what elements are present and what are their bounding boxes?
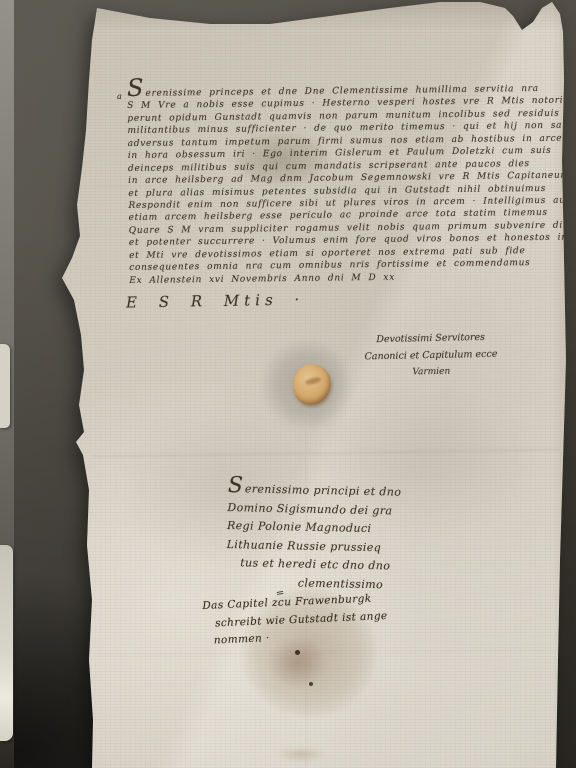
letter-sheet: a Serenissime princeps et dne Dne Clemen… — [0, 0, 576, 768]
paper-surface: a Serenissime princeps et dne Dne Clemen… — [0, 0, 576, 768]
signature-line: Canonici et Capitulum ecce — [360, 346, 502, 366]
manuscript-photo: a Serenissime princeps et dne Dne Clemen… — [0, 0, 576, 768]
fold-crease-middle — [92, 449, 560, 459]
ink-speck — [309, 682, 313, 686]
fold-crease-lower — [96, 650, 556, 656]
signature-block: Devotissimi Servitores Canonici et Capit… — [359, 329, 502, 383]
address-line: tus et heredi etc dno dno — [226, 554, 400, 576]
valediction-initials: E S R Mtis · — [126, 290, 305, 311]
letter-body: Serenissime princeps et dne Dne Clementi… — [127, 83, 567, 287]
ink-speck — [295, 650, 300, 655]
signature-line: Varmien — [360, 363, 502, 383]
notary-mark: a — [117, 92, 122, 101]
bottom-edge-stain — [278, 748, 324, 761]
address-block: Serenissimo principi et dno Domino Sigis… — [226, 480, 402, 595]
docket-note: Das Capitel zcu Frawenburgk schreibt wie… — [202, 590, 389, 651]
